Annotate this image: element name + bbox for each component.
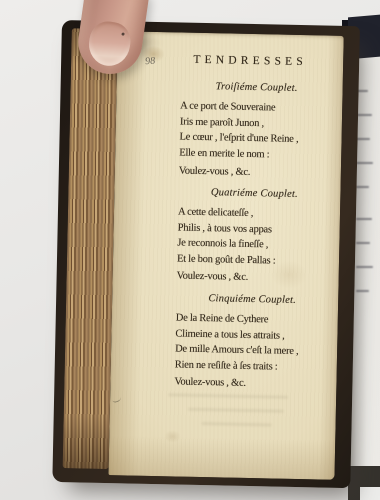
blurred-text-line	[356, 138, 370, 140]
blurred-text-line	[356, 186, 369, 188]
ink-bleedthrough	[168, 382, 311, 427]
book-page: 98 TENDRESSES Troiſiéme Couplet. A ce po…	[108, 31, 343, 480]
verse-line: Rien ne reſiſte à ſes traits :	[175, 357, 327, 376]
couplet-4: Quatriéme Couplet. A cette delicateſſe ,…	[176, 184, 330, 287]
refrain-line: Voulez-vous , &c.	[176, 269, 328, 288]
background-paper-corner	[360, 487, 380, 500]
couplet-heading: Troiſiéme Couplet.	[180, 79, 332, 98]
blurred-text-line	[356, 242, 370, 244]
book-photo-scene: 98 TENDRESSES Troiſiéme Couplet. A ce po…	[0, 0, 380, 500]
blurred-text-line	[356, 114, 372, 116]
refrain-line: Voulez-vous , &c.	[179, 163, 331, 182]
blurred-text-line	[356, 162, 373, 164]
fingernail	[86, 19, 133, 68]
blurred-text-line	[356, 266, 373, 268]
book: 98 TENDRESSES Troiſiéme Couplet. A ce po…	[52, 20, 360, 488]
ghost-text-bar	[202, 422, 272, 426]
running-title: TENDRESSES	[179, 53, 321, 68]
ghost-text-bar	[168, 393, 288, 399]
ghost-text-bar	[188, 408, 284, 413]
text-column: Troiſiéme Couplet. A ce port de Souverai…	[174, 75, 333, 400]
couplet-3: Troiſiéme Couplet. A ce port de Souverai…	[179, 79, 333, 182]
couplet-5: Cinquiéme Couplet. De la Reine de Cyther…	[174, 290, 328, 393]
blurred-text-line	[356, 290, 369, 292]
blurred-text-line	[356, 218, 372, 220]
couplet-heading: Quatriéme Couplet.	[178, 184, 330, 203]
ink-mark	[111, 394, 121, 403]
verse-line: Et le bon goût de Pallas :	[177, 251, 329, 270]
verse-line: Elle en merite le nom :	[179, 145, 331, 164]
couplet-heading: Cinquiéme Couplet.	[176, 290, 328, 309]
nail-speck	[121, 32, 124, 35]
